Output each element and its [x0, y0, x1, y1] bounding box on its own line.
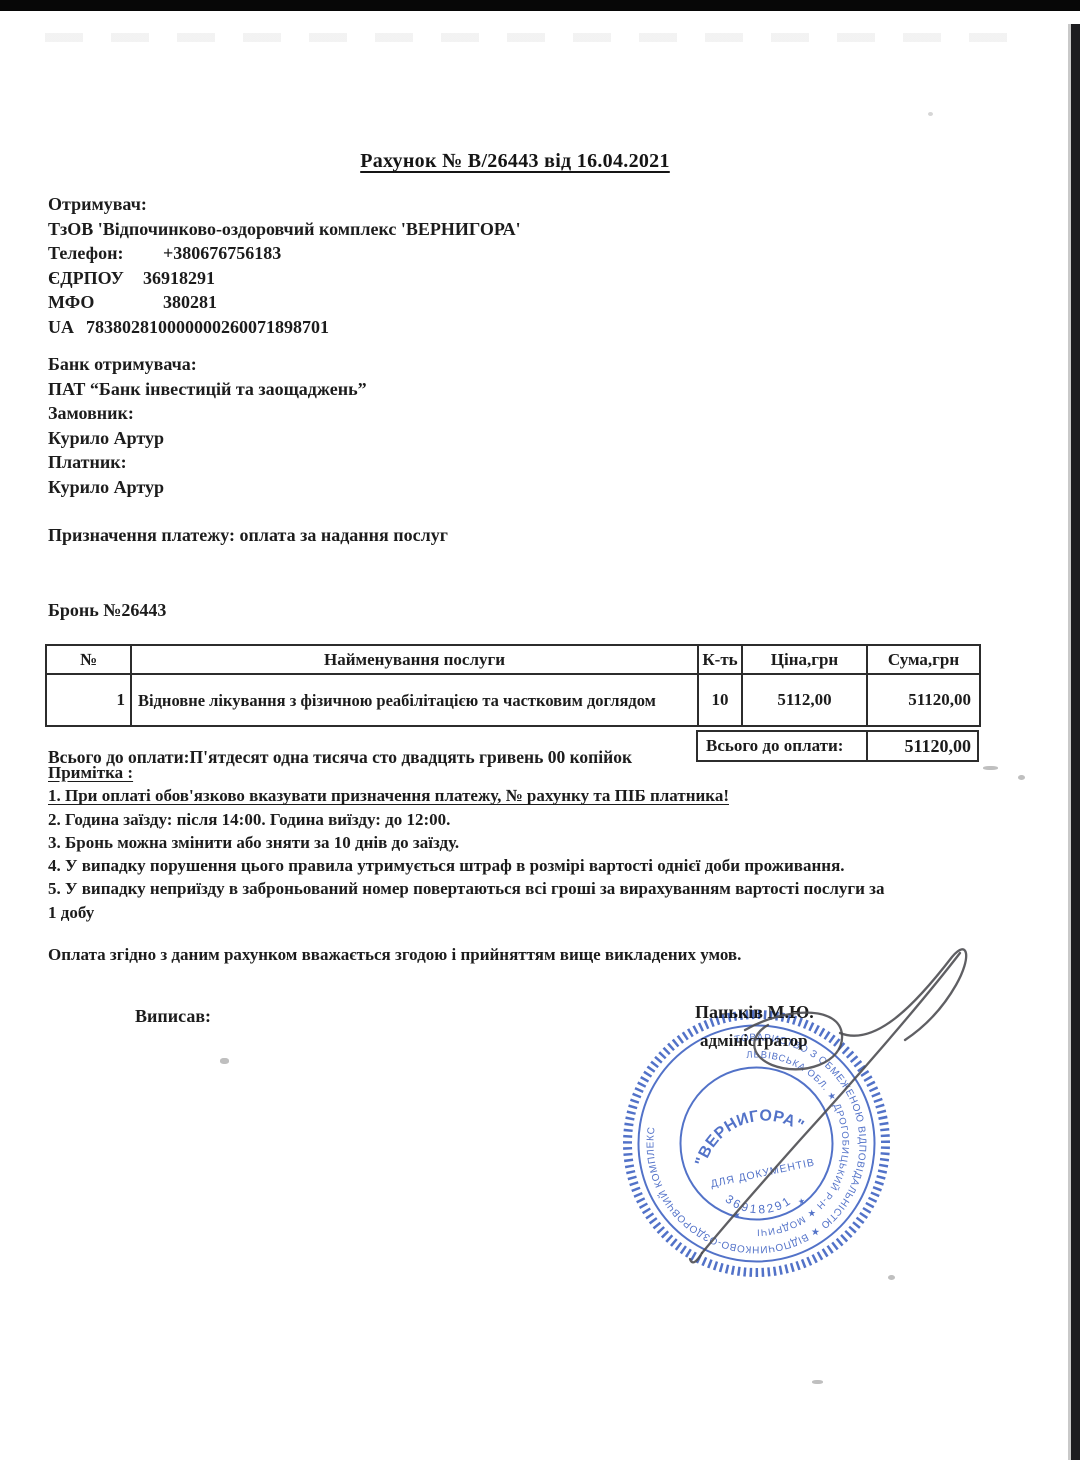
payer-name: Курило Артур	[48, 475, 988, 500]
recipient-label: Отримувач:	[48, 192, 988, 217]
phone-label: Телефон:	[48, 241, 163, 266]
col-header-price: Ціна,грн	[742, 645, 867, 674]
notes-title: Примітка :	[48, 761, 893, 784]
col-header-qty: К-ть	[698, 645, 742, 674]
edrpou-label: ЄДРПОУ	[48, 266, 143, 291]
iban-value: 783802810000000260071898701	[86, 317, 329, 337]
recipient-section: Отримувач: ТзОВ 'Відпочинково-оздоровчий…	[48, 192, 988, 339]
signature-stroke-loop	[745, 1013, 842, 1070]
note-item-4: 4. У випадку порушення цього правила утр…	[48, 854, 893, 877]
recipient-phone-line: Телефон:+380676756183	[48, 241, 988, 266]
bank-name: ПАТ “Банк інвестицій та заощаджень”	[48, 377, 988, 402]
scan-speck	[220, 1058, 229, 1064]
scan-speck	[1018, 775, 1025, 780]
table-row: 1 Відновне лікування з фізичною реабіліт…	[46, 674, 980, 726]
phone-value: +380676756183	[163, 243, 281, 263]
scan-edge-right	[1071, 24, 1080, 1460]
row-service: Відновне лікування з фізичною реабілітац…	[131, 674, 698, 726]
note-item-5: 5. У випадку неприїзду в заброньований н…	[48, 877, 893, 924]
bank-section: Банк отримувача: ПАТ “Банк інвестицій та…	[48, 352, 988, 500]
row-sum: 51120,00	[867, 674, 980, 726]
customer-name: Курило Артур	[48, 426, 988, 451]
services-table: № Найменування послуги К-ть Ціна,грн Сум…	[45, 644, 981, 727]
scan-edge-top	[0, 0, 1080, 11]
invoice-title: Рахунок № В/26443 від 16.04.2021	[0, 150, 1030, 173]
signature-stroke-tail	[690, 1253, 702, 1262]
note-item-2: 2. Година заїзду: після 14:00. Година ви…	[48, 808, 893, 831]
signature-stroke-long	[702, 953, 960, 1253]
issued-by-label: Виписав:	[135, 1006, 211, 1027]
scan-speck	[812, 1380, 823, 1384]
scan-speck	[983, 766, 998, 770]
payment-purpose: Призначення платежу: оплата за надання п…	[48, 523, 988, 548]
col-header-service: Найменування послуги	[131, 645, 698, 674]
row-price: 5112,00	[742, 674, 867, 726]
note-item-3: 3. Бронь можна змінити або зняти за 10 д…	[48, 831, 893, 854]
handwritten-signature	[520, 935, 990, 1265]
table-header-row: № Найменування послуги К-ть Ціна,грн Сум…	[46, 645, 980, 674]
mfo-value: 380281	[163, 292, 217, 312]
scanned-invoice-page: Рахунок № В/26443 від 16.04.2021 Отримув…	[0, 0, 1080, 1460]
recipient-name: ТзОВ 'Відпочинково-оздоровчий комплекс '…	[48, 217, 988, 242]
mfo-label: МФО	[48, 290, 163, 315]
row-num: 1	[46, 674, 131, 726]
scan-bleed-artifact	[45, 33, 1020, 42]
bank-label: Банк отримувача:	[48, 352, 988, 377]
col-header-sum: Сума,грн	[867, 645, 980, 674]
edrpou-value: 36918291	[143, 268, 215, 288]
scan-speck	[888, 1275, 895, 1280]
customer-label: Замовник:	[48, 401, 988, 426]
scan-speck	[928, 112, 933, 116]
payer-label: Платник:	[48, 450, 988, 475]
iban-prefix: UA	[48, 315, 86, 340]
signature-stroke-curl	[840, 949, 966, 1040]
note-item-1: 1. При оплаті обов'язково вказувати приз…	[48, 784, 893, 807]
col-header-num: №	[46, 645, 131, 674]
notes-section: Примітка : 1. При оплаті обов'язково вка…	[48, 761, 893, 924]
row-qty: 10	[698, 674, 742, 726]
booking-number: Бронь №26443	[48, 598, 988, 623]
recipient-iban-line: UA783802810000000260071898701	[48, 315, 988, 340]
recipient-mfo-line: МФО380281	[48, 290, 988, 315]
recipient-edrpou-line: ЄДРПОУ36918291	[48, 266, 988, 291]
